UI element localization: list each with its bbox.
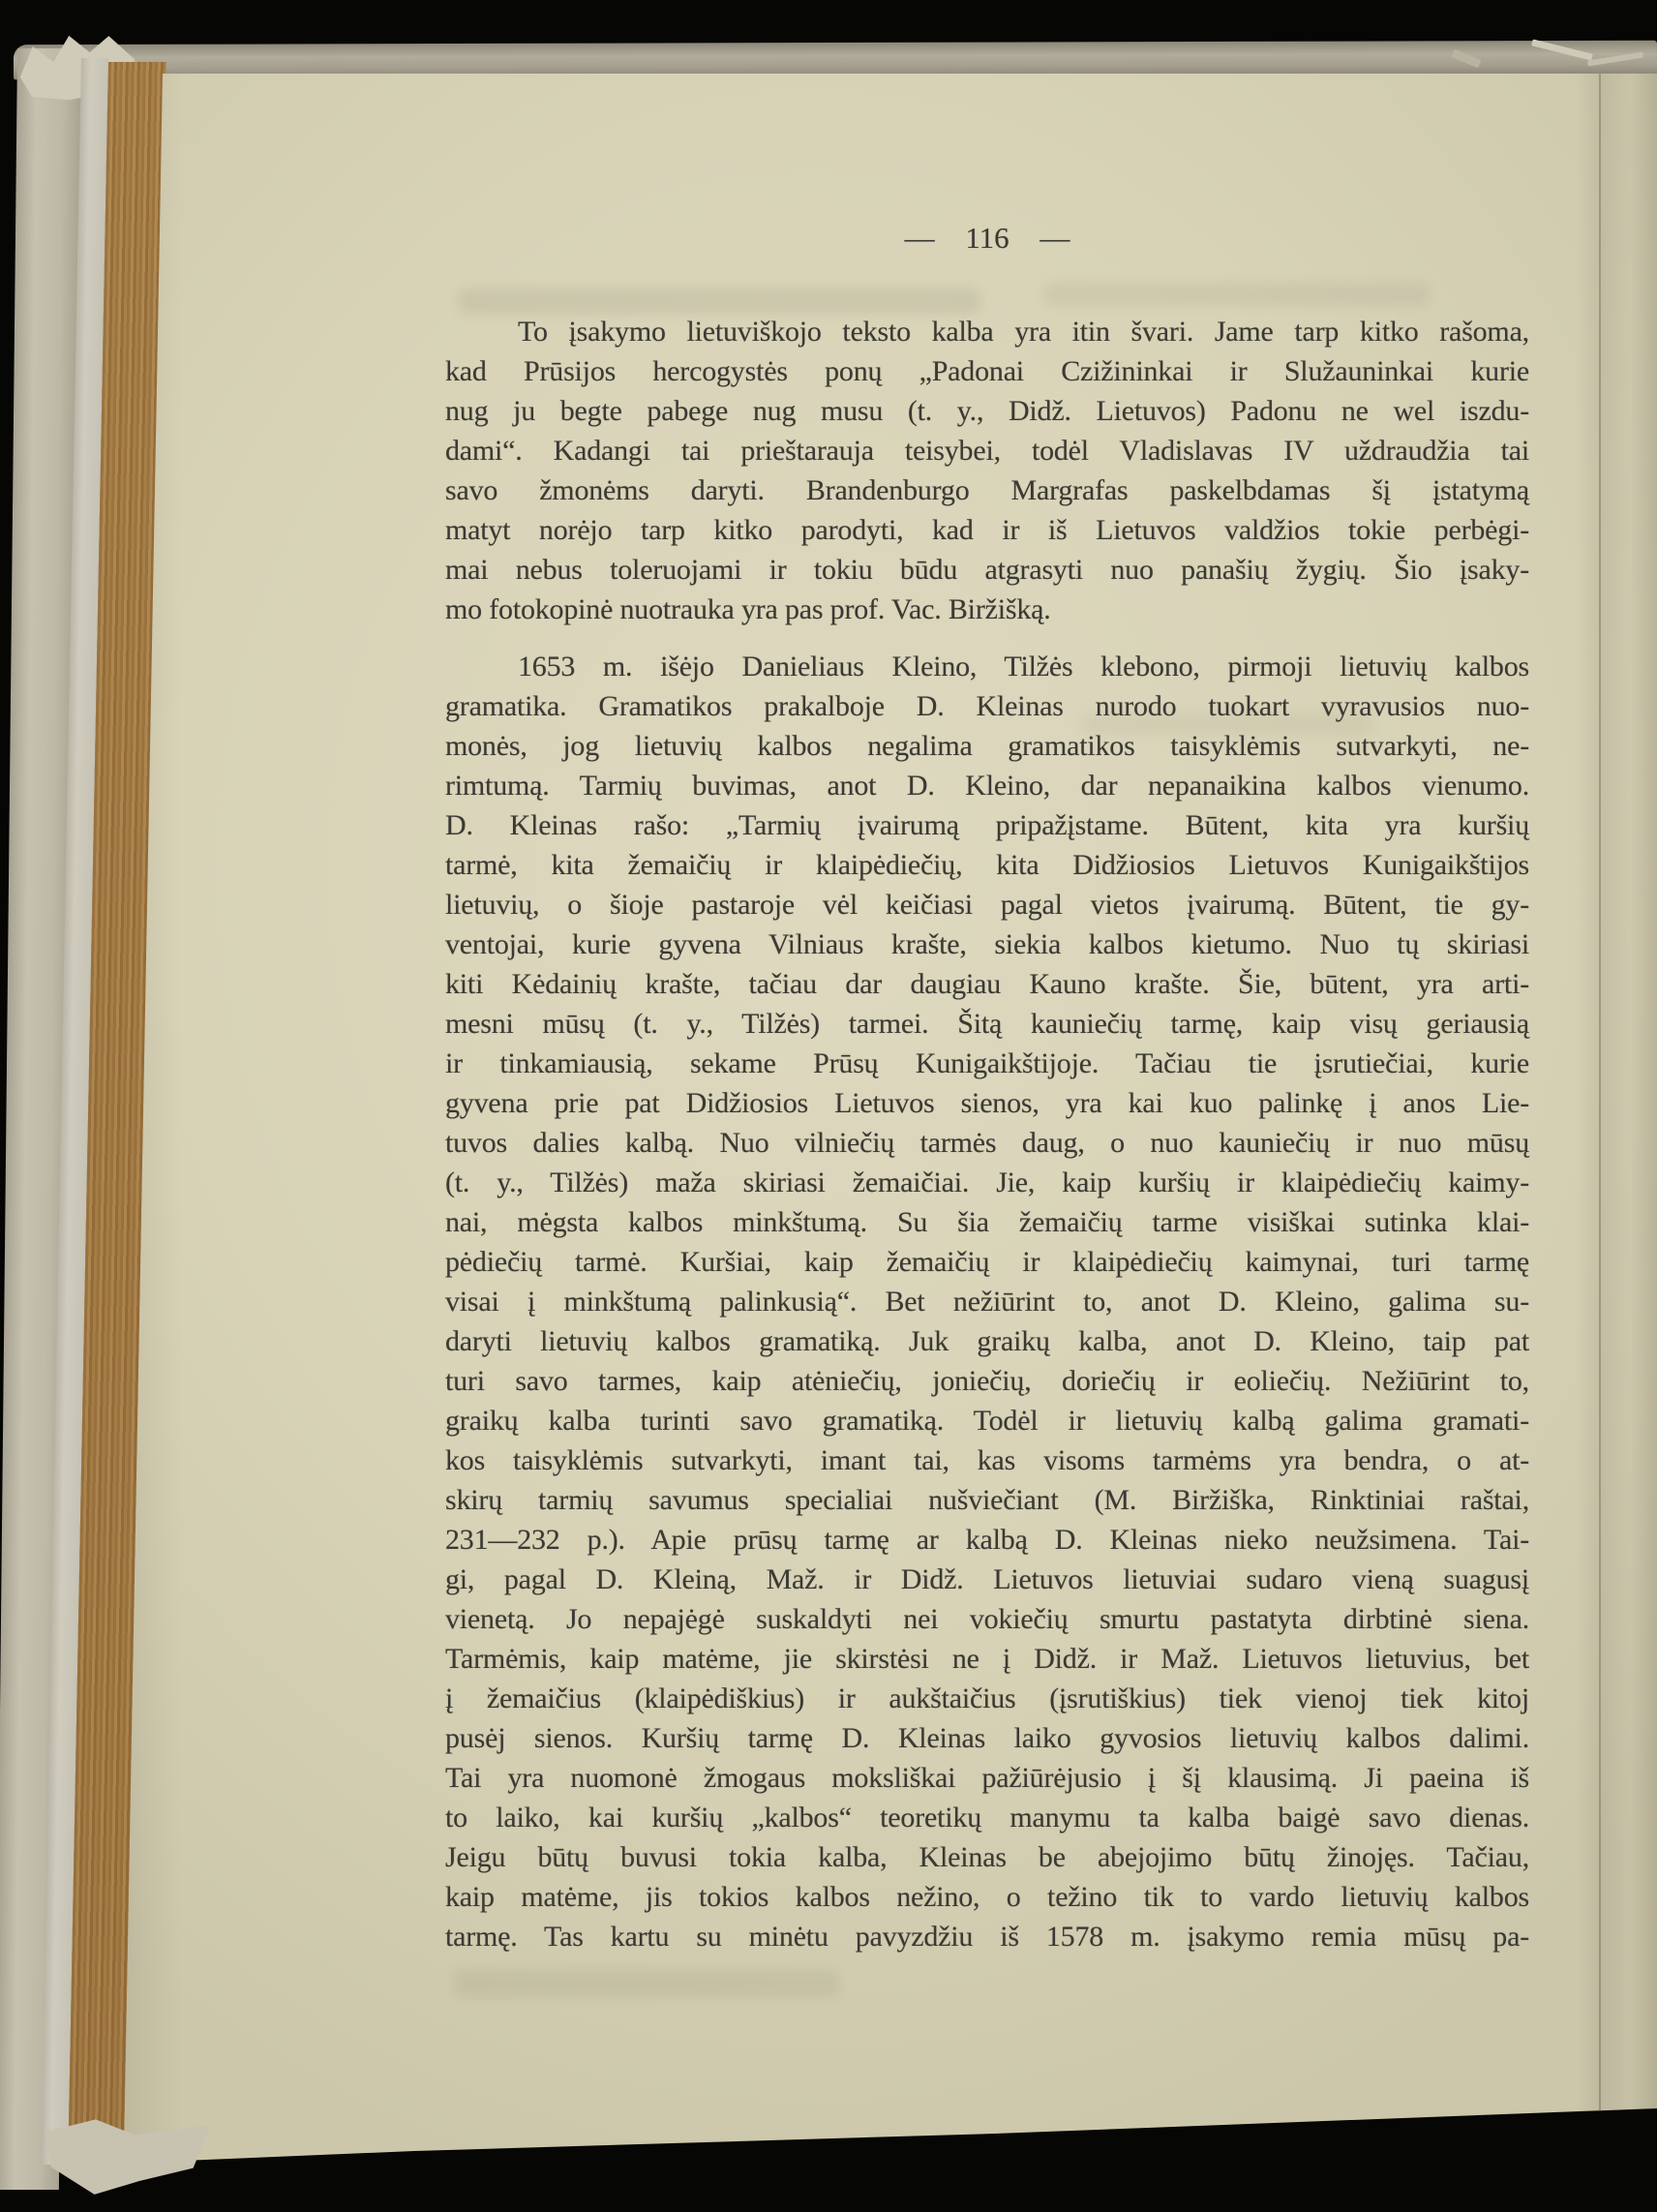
text-line: To įsakymo lietuviškojo teksto kalba yra…: [445, 312, 1529, 351]
text-line: dami“. Kadangi tai prieštarauja teisybei…: [445, 431, 1529, 470]
text-line: Tarmėmis, kaip matėme, jie skirstėsi ne …: [445, 1639, 1529, 1679]
text-line: nai, mėgsta kalbos minkštumą. Su šia žem…: [445, 1202, 1529, 1242]
text-line: matyt norėjo tarp kitko parodyti, kad ir…: [445, 510, 1529, 550]
text-line: vienetą. Jo nepajėgė suskaldyti nei voki…: [445, 1599, 1529, 1639]
page-text: To įsakymo lietuviškojo teksto kalba yra…: [445, 312, 1529, 1956]
text-line: Tai yra nuomonė žmogaus moksliškai pažiū…: [445, 1758, 1529, 1798]
text-line: kos taisyklėmis sutvarkyti, imant tai, k…: [445, 1440, 1529, 1480]
text-line: 231—232 p.). Apie prūsų tarmę ar kalbą D…: [445, 1520, 1529, 1560]
text-line: nug ju begte pabege nug musu (t. y., Did…: [445, 391, 1529, 431]
show-through-smudge: [458, 288, 980, 314]
text-line: gramatika. Gramatikos prakalboje D. Klei…: [445, 686, 1529, 726]
text-line: mesni mūsų (t. y., Tilžės) tarmei. Šitą …: [445, 1004, 1529, 1044]
show-through-smudge: [453, 1969, 840, 1998]
text-line: D. Kleinas rašo: „Tarmių įvairumą pripaž…: [445, 805, 1529, 845]
text-line: gi, pagal D. Kleiną, Maž. ir Didž. Lietu…: [445, 1560, 1529, 1599]
text-line: 1653 m. išėjo Danieliaus Kleino, Tilžės …: [445, 647, 1529, 686]
text-line: mai nebus toleruojami ir tokiu būdu atgr…: [445, 550, 1529, 590]
paragraph: To įsakymo lietuviškojo teksto kalba yra…: [445, 312, 1529, 629]
photo-background: — 116 — To įsakymo lietuviškojo teksto k…: [0, 0, 1657, 2212]
text-line: visai į minkštumą palinkusią“. Bet nežiū…: [445, 1282, 1529, 1321]
text-line: lietuvių, o šioje pastaroje vėl keičiasi…: [445, 885, 1529, 924]
text-line: kiti Kėdainių krašte, tačiau dar daugiau…: [445, 964, 1529, 1004]
paragraph: 1653 m. išėjo Danieliaus Kleino, Tilžės …: [445, 647, 1529, 1956]
text-line: į žemaičius (klaipėdiškius) ir aukštaiči…: [445, 1679, 1529, 1718]
text-line: pėdiečių tarmė. Kuršiai, kaip žemaičių i…: [445, 1242, 1529, 1282]
text-line: kad Prūsijos hercogystės ponų „Padonai C…: [445, 351, 1529, 391]
text-line: turi savo tarmes, kaip atėniečių, jonieč…: [445, 1361, 1529, 1401]
page-edge-crease: [1599, 74, 1601, 2116]
text-line: Jeigu būtų buvusi tokia kalba, Kleinas b…: [445, 1837, 1529, 1877]
text-line: tarmė, kita žemaičių ir klaipėdiečių, ki…: [445, 845, 1529, 885]
text-line: ventojai, kurie gyvena Vilniaus krašte, …: [445, 924, 1529, 964]
text-line: graikų kalba turinti savo gramatiką. Tod…: [445, 1401, 1529, 1440]
text-line: pusėj sienos. Kuršių tarmę D. Kleinas la…: [445, 1718, 1529, 1758]
text-line: kaip matėme, jis tokios kalbos nežino, o…: [445, 1877, 1529, 1917]
text-line: rimtumą. Tarmių buvimas, anot D. Kleino,…: [445, 766, 1529, 805]
text-line: (t. y., Tilžės) maža skiriasi žemaičiai.…: [445, 1163, 1529, 1202]
text-line: skirų tarmių savumus specialiai nušvieči…: [445, 1480, 1529, 1520]
text-line: tuvos dalies kalbą. Nuo vilniečių tarmės…: [445, 1123, 1529, 1163]
text-line: ir tinkamiausią, sekame Prūsų Kunigaikšt…: [445, 1044, 1529, 1083]
text-line: mo fotokopinė nuotrauka yra pas prof. Va…: [445, 590, 1529, 629]
text-line: gyvena prie pat Didžiosios Lietuvos sien…: [445, 1083, 1529, 1123]
show-through-smudge: [1043, 283, 1431, 306]
text-line: tarmę. Tas kartu su minėtu pavyzdžiu iš …: [445, 1917, 1529, 1956]
text-line: to laiko, kai kuršių „kalbos“ teoretikų …: [445, 1798, 1529, 1837]
text-line: daryti lietuvių kalbos gramatiką. Juk gr…: [445, 1321, 1529, 1361]
text-line: monės, jog lietuvių kalbos negalima gram…: [445, 726, 1529, 766]
page-number: — 116 —: [445, 221, 1529, 256]
text-line: savo žmonėms daryti. Brandenburgo Margra…: [445, 470, 1529, 510]
book-page: — 116 — To įsakymo lietuviškojo teksto k…: [124, 74, 1657, 2161]
